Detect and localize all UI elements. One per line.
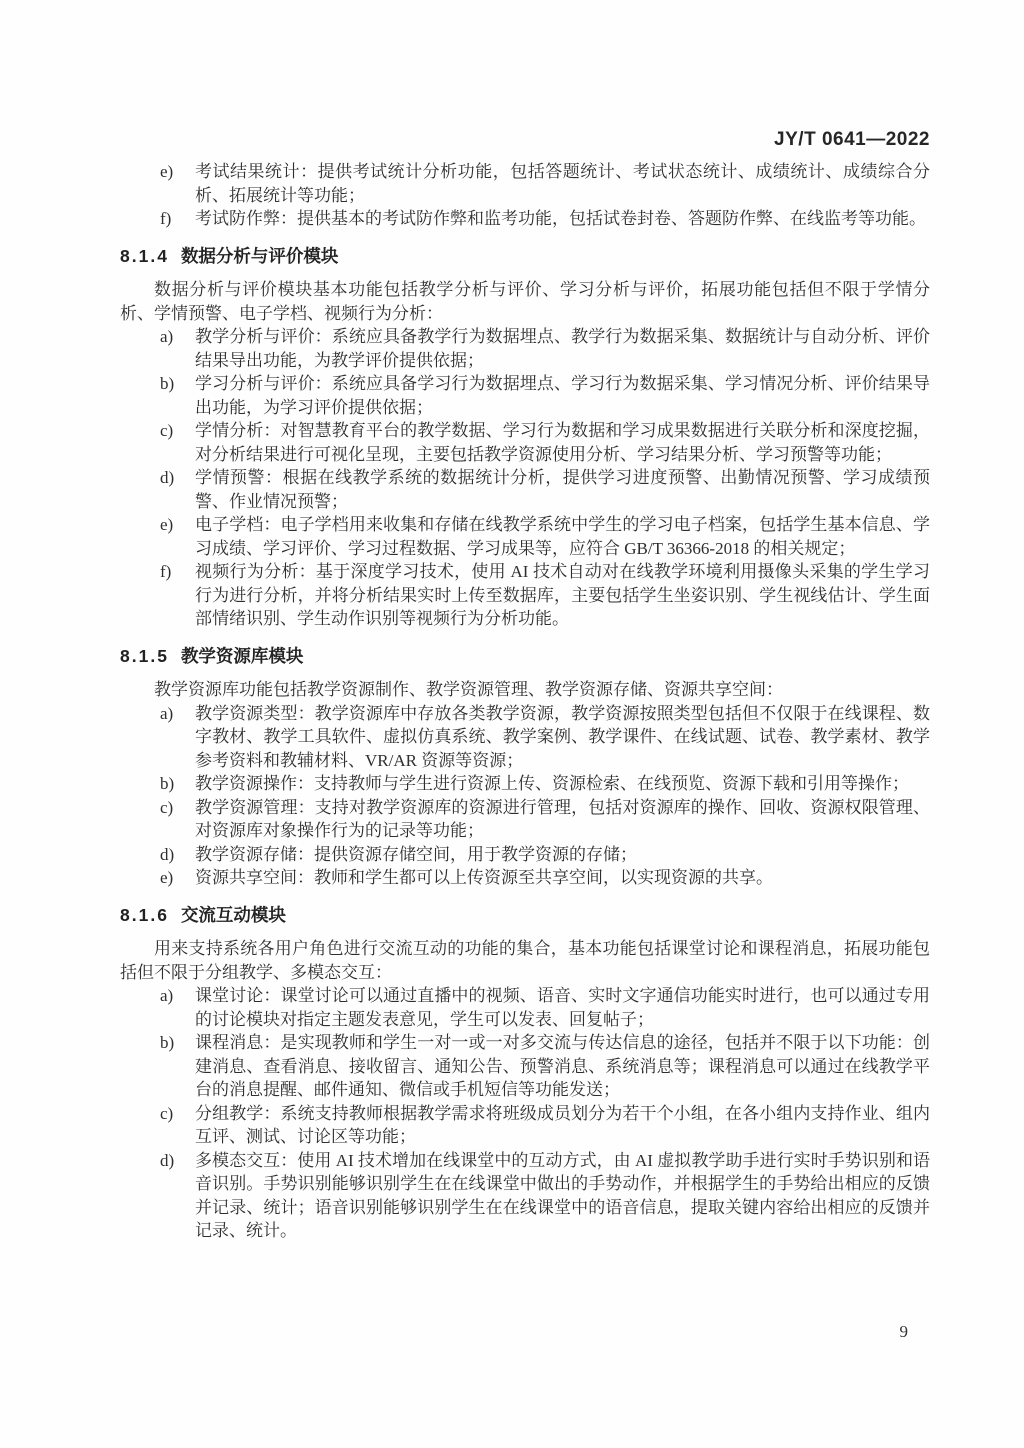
list-item-text: 考试结果统计：提供考试统计分析功能，包括答题统计、考试状态统计、成绩统计、成绩综… (195, 160, 930, 207)
section-intro-paragraph: 用来支持系统各用户角色进行交流互动的功能的集合，基本功能包括课堂讨论和课程消息，… (120, 937, 930, 984)
page-content: e) 考试结果统计：提供考试统计分析功能，包括答题统计、考试状态统计、成绩统计、… (120, 160, 930, 1243)
list-item-text: 学情预警：根据在线教学系统的数据统计分析，提供学习进度预警、出勤情况预警、学习成… (195, 466, 930, 513)
list-item: d) 多模态交互：使用 AI 技术增加在线课堂中的互动方式，由 AI 虚拟教学助… (160, 1149, 930, 1243)
list-item: e) 电子学档：电子学档用来收集和存储在线教学系统中学生的学习电子档案，包括学生… (160, 513, 930, 560)
list-item-label: f) (160, 560, 195, 631)
section-title: 教学资源库模块 (181, 646, 304, 666)
list-item-label: c) (160, 419, 195, 466)
list-item: e) 考试结果统计：提供考试统计分析功能，包括答题统计、考试状态统计、成绩统计、… (160, 160, 930, 207)
section-number: 8.1.5 (120, 646, 169, 666)
list-item: a) 课堂讨论：课堂讨论可以通过直播中的视频、语音、实时文字通信功能实时进行，也… (160, 984, 930, 1031)
list-item: b) 课程消息：是实现教师和学生一对一或一对多交流与传达信息的途径，包括并不限于… (160, 1031, 930, 1102)
list-item-text: 教学资源类型：教学资源库中存放各类教学资源，教学资源按照类型包括但不仅限于在线课… (195, 702, 930, 773)
list-item-text: 考试防作弊：提供基本的考试防作弊和监考功能，包括试卷封卷、答题防作弊、在线监考等… (195, 207, 930, 231)
list-item-label: c) (160, 796, 195, 843)
list-item-label: a) (160, 325, 195, 372)
list-item-label: a) (160, 702, 195, 773)
list-item: d) 学情预警：根据在线教学系统的数据统计分析，提供学习进度预警、出勤情况预警、… (160, 466, 930, 513)
list-item-text: 电子学档：电子学档用来收集和存储在线教学系统中学生的学习电子档案，包括学生基本信… (195, 513, 930, 560)
list-item-label: c) (160, 1102, 195, 1149)
list-item: b) 学习分析与评价：系统应具备学习行为数据埋点、学习行为数据采集、学习情况分析… (160, 372, 930, 419)
page-number: 9 (900, 1322, 909, 1342)
list-item-text: 分组教学：系统支持教师根据教学需求将班级成员划分为若干个小组，在各小组内支持作业… (195, 1102, 930, 1149)
section-number: 8.1.4 (120, 246, 169, 266)
list-item-label: d) (160, 466, 195, 513)
list-item-text: 视频行为分析：基于深度学习技术，使用 AI 技术自动对在线教学环境利用摄像头采集… (195, 560, 930, 631)
section-intro-paragraph: 教学资源库功能包括教学资源制作、教学资源管理、教学资源存储、资源共享空间： (120, 678, 930, 702)
list-item-label: b) (160, 1031, 195, 1102)
list-item-label: b) (160, 372, 195, 419)
section-heading-8-1-6: 8.1.6交流互动模块 (120, 904, 930, 928)
list-item-label: d) (160, 1149, 195, 1243)
list-item-text: 教学资源操作：支持教师与学生进行资源上传、资源检索、在线预览、资源下载和引用等操… (195, 772, 930, 796)
list-item-label: f) (160, 207, 195, 231)
section-title: 数据分析与评价模块 (181, 246, 339, 266)
list-item-label: e) (160, 160, 195, 207)
section-number: 8.1.6 (120, 905, 169, 925)
list-item: e) 资源共享空间：教师和学生都可以上传资源至共享空间，以实现资源的共享。 (160, 866, 930, 890)
list-item: b) 教学资源操作：支持教师与学生进行资源上传、资源检索、在线预览、资源下载和引… (160, 772, 930, 796)
list-item-label: a) (160, 984, 195, 1031)
list-item: a) 教学资源类型：教学资源库中存放各类教学资源，教学资源按照类型包括但不仅限于… (160, 702, 930, 773)
section-heading-8-1-4: 8.1.4数据分析与评价模块 (120, 245, 930, 269)
section-title: 交流互动模块 (181, 905, 286, 925)
document-page: JY/T 0641—2022 e) 考试结果统计：提供考试统计分析功能，包括答题… (0, 0, 1024, 1448)
section-intro-paragraph: 数据分析与评价模块基本功能包括教学分析与评价、学习分析与评价，拓展功能包括但不限… (120, 278, 930, 325)
list-item-text: 学情分析：对智慧教育平台的教学数据、学习行为数据和学习成果数据进行关联分析和深度… (195, 419, 930, 466)
section-heading-8-1-5: 8.1.5教学资源库模块 (120, 645, 930, 669)
list-item-label: d) (160, 843, 195, 867)
list-item-text: 课程消息：是实现教师和学生一对一或一对多交流与传达信息的途径，包括并不限于以下功… (195, 1031, 930, 1102)
list-item: a) 教学分析与评价：系统应具备教学行为数据埋点、教学行为数据采集、数据统计与自… (160, 325, 930, 372)
list-item-text: 课堂讨论：课堂讨论可以通过直播中的视频、语音、实时文字通信功能实时进行，也可以通… (195, 984, 930, 1031)
list-item-text: 资源共享空间：教师和学生都可以上传资源至共享空间，以实现资源的共享。 (195, 866, 930, 890)
list-item: f) 视频行为分析：基于深度学习技术，使用 AI 技术自动对在线教学环境利用摄像… (160, 560, 930, 631)
list-item-label: e) (160, 866, 195, 890)
doc-number: JY/T 0641—2022 (774, 129, 930, 151)
list-item: c) 分组教学：系统支持教师根据教学需求将班级成员划分为若干个小组，在各小组内支… (160, 1102, 930, 1149)
list-item: d) 教学资源存储：提供资源存储空间，用于教学资源的存储； (160, 843, 930, 867)
list-item-label: b) (160, 772, 195, 796)
list-item-label: e) (160, 513, 195, 560)
list-item: c) 学情分析：对智慧教育平台的教学数据、学习行为数据和学习成果数据进行关联分析… (160, 419, 930, 466)
list-item: f) 考试防作弊：提供基本的考试防作弊和监考功能，包括试卷封卷、答题防作弊、在线… (160, 207, 930, 231)
list-item-text: 教学资源存储：提供资源存储空间，用于教学资源的存储； (195, 843, 930, 867)
list-item-text: 教学分析与评价：系统应具备教学行为数据埋点、教学行为数据采集、数据统计与自动分析… (195, 325, 930, 372)
list-item-text: 教学资源管理：支持对教学资源库的资源进行管理，包括对资源库的操作、回收、资源权限… (195, 796, 930, 843)
list-item-text: 多模态交互：使用 AI 技术增加在线课堂中的互动方式，由 AI 虚拟教学助手进行… (195, 1149, 930, 1243)
list-item: c) 教学资源管理：支持对教学资源库的资源进行管理，包括对资源库的操作、回收、资… (160, 796, 930, 843)
list-item-text: 学习分析与评价：系统应具备学习行为数据埋点、学习行为数据采集、学习情况分析、评价… (195, 372, 930, 419)
